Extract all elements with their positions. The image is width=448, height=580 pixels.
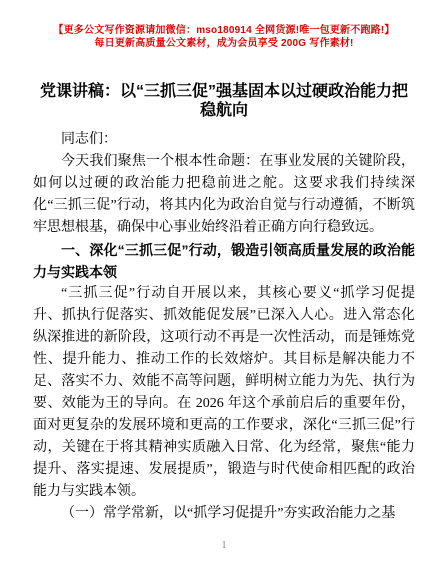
- intro-paragraph: 今天我们聚焦一个根本性命题：在事业发展的关键阶段，如何以过硬的政治能力把稳前进之…: [33, 151, 415, 239]
- document-page: 【更多公文写作资源请加微信：mso180914 全网货源!唯一包更新不跑路!】 …: [0, 0, 448, 580]
- subsection-heading-1: （一）常学常新，以“抓学习促提升”夯实政治能力之基: [33, 503, 415, 525]
- page-number: 1: [0, 540, 448, 552]
- salutation: 同志们：: [33, 129, 415, 151]
- promo-banner: 【更多公文写作资源请加微信：mso180914 全网货源!唯一包更新不跑路!】 …: [0, 24, 448, 50]
- promo-banner-line-2: 每日更新高质量公文素材，成为会员享受 200G 写作素材!: [0, 37, 448, 50]
- section-paragraph: “三抓三促”行动自开展以来，其核心要义“抓学习促提升、抓执行促落实、抓效能促发展…: [33, 283, 415, 503]
- section-heading-1: 一、深化“三抓三促”行动，锻造引领高质量发展的政治能力与实践本领: [33, 239, 415, 283]
- promo-banner-line-1: 【更多公文写作资源请加微信：mso180914 全网货源!唯一包更新不跑路!】: [0, 24, 448, 37]
- document-body: 同志们： 今天我们聚焦一个根本性命题：在事业发展的关键阶段，如何以过硬的政治能力…: [0, 129, 448, 525]
- document-title: 党课讲稿：以“三抓三促”强基固本以过硬政治能力把稳航向: [38, 82, 410, 120]
